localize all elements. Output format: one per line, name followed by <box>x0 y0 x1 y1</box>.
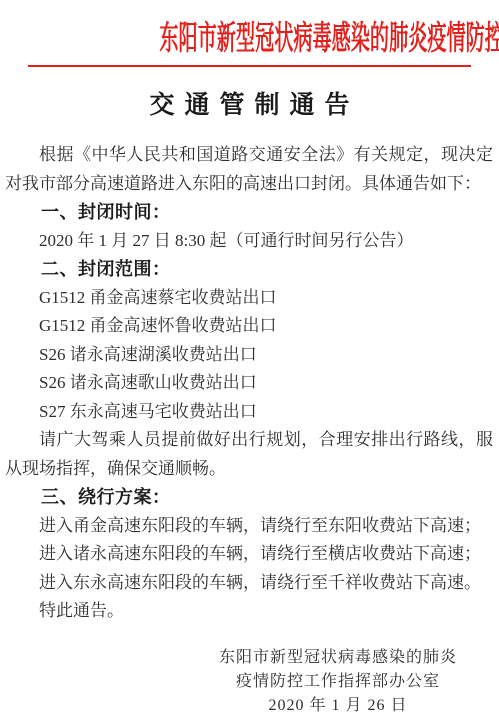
org-title: 东阳市新型冠状病毒感染的肺炎疫情防控工作指挥部 <box>159 20 499 58</box>
detour-line-1: 进入甬金高速东阳段的车辆，请绕行至东阳收费站下高速； <box>5 512 493 541</box>
section-heading-2: 二、封闭范围： <box>5 255 493 284</box>
detour-line-2: 进入诸永高速东阳段的车辆，请绕行至横店收费站下高速； <box>5 540 493 569</box>
closure-location-1: G1512 甬金高速蔡宅收费站出口 <box>5 284 493 313</box>
issue-date: 2020 年 1 月 26 日 <box>178 694 498 718</box>
signature-block: 东阳市新型冠状病毒感染的肺炎 疫情防控工作指挥部办公室 2020 年 1 月 2… <box>178 646 498 718</box>
signature-line-1: 东阳市新型冠状病毒感染的肺炎 <box>178 646 498 670</box>
section-heading-1: 一、封闭时间： <box>5 198 493 227</box>
closure-location-5: S27 东永高速马宅收费站出口 <box>5 398 493 427</box>
closure-location-4: S26 诸永高速歌山收费站出口 <box>5 369 493 398</box>
signature-line-2: 疫情防控工作指挥部办公室 <box>178 670 498 694</box>
closure-location-3: S26 诸永高速湖溪收费站出口 <box>5 341 493 370</box>
doc-title: 交通管制通告 <box>0 91 499 121</box>
closure-time-line: 2020 年 1 月 27 日 8:30 起（可通行时间另行公告） <box>5 227 493 256</box>
advisory-paragraph: 请广大驾乘人员提前做好出行规划，合理安排出行路线，服从现场指挥，确保交通顺畅。 <box>5 426 493 483</box>
header: 东阳市新型冠状病毒感染的肺炎疫情防控工作指挥部 <box>0 0 499 58</box>
closing-line: 特此通告。 <box>5 597 493 626</box>
intro-paragraph: 根据《中华人民共和国道路交通安全法》有关规定，现决定对我市部分高速道路进入东阳的… <box>5 141 493 198</box>
detour-line-3: 进入东永高速东阳段的车辆，请绕行至千祥收费站下高速。 <box>5 569 493 598</box>
red-divider <box>28 65 471 67</box>
closure-location-2: G1512 甬金高速怀鲁收费站出口 <box>5 312 493 341</box>
notice-page: 东阳市新型冠状病毒感染的肺炎疫情防控工作指挥部 交通管制通告 根据《中华人民共和… <box>0 0 499 725</box>
notice-body: 根据《中华人民共和国道路交通安全法》有关规定，现决定对我市部分高速道路进入东阳的… <box>5 141 493 626</box>
section-heading-3: 三、绕行方案： <box>5 483 493 512</box>
